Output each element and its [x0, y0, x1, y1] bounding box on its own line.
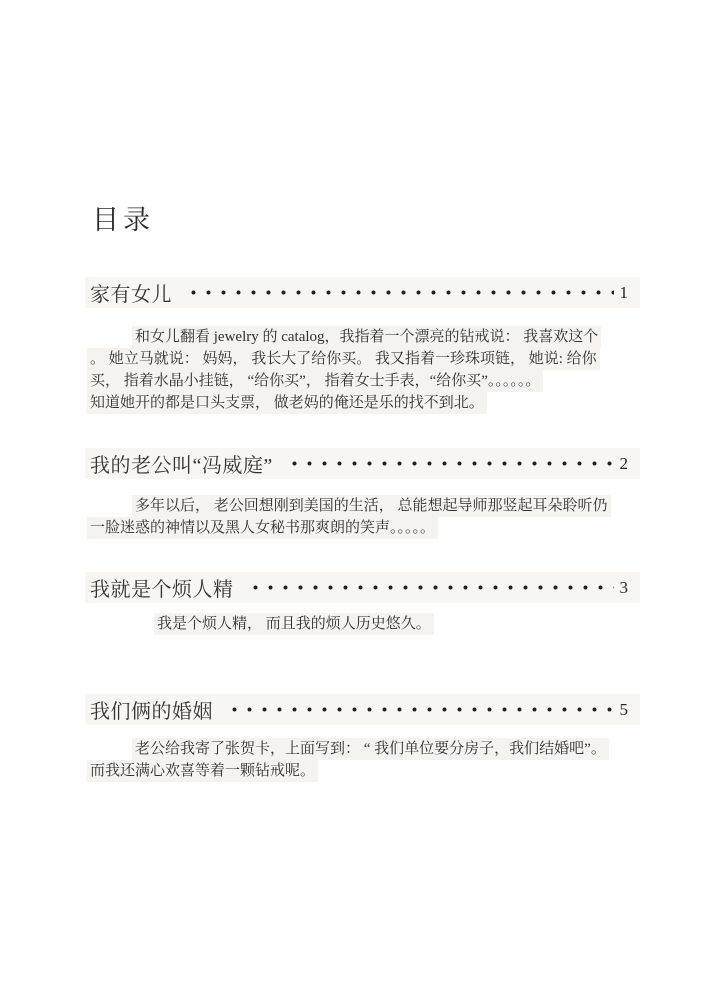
- toc-entry-label: 家有女儿: [85, 278, 172, 307]
- excerpt-line: 而我还满心欢喜等着一颗钻戒呢。: [90, 760, 635, 782]
- excerpt-line: 多年以后， 老公回想刚到美国的生活， 总能想起导师那竖起耳朵聆听仍: [90, 495, 635, 517]
- toc-entry-label: 我们俩的婚姻: [85, 695, 213, 724]
- toc-entry-row: 家有女儿 1: [85, 277, 640, 308]
- toc-page-number: 5: [620, 700, 629, 720]
- toc-entry-label: 我的老公叫“冯威庭”: [85, 449, 273, 478]
- dot-leader: [184, 277, 614, 308]
- excerpt-line: 。 她立马就说： 妈妈， 我长大了给你买。 我又指着一珍珠项链， 她说: 给你: [90, 348, 635, 370]
- toc-excerpt: 和女儿翻看 jewelry 的 catalog，我指着一个漂亮的钻戒说： 我喜欢…: [90, 326, 635, 414]
- toc-page-number: 3: [620, 578, 629, 598]
- dot-leader: [246, 572, 614, 603]
- excerpt-line: 一脸迷惑的神情以及黑人女秘书那爽朗的笑声。。。。。: [90, 517, 635, 539]
- excerpt-line: 和女儿翻看 jewelry 的 catalog，我指着一个漂亮的钻戒说： 我喜欢…: [90, 326, 635, 348]
- toc-entry-row: 我就是个烦人精 3: [85, 572, 640, 603]
- toc-title: 目录: [92, 198, 154, 237]
- excerpt-line: 老公给我寄了张贺卡，上面写到： “ 我们单位要分房子，我们结婚吧”。: [90, 738, 635, 760]
- excerpt-line: 我是个烦人精， 而且我的烦人历史悠久。: [90, 613, 635, 635]
- document-page: 目录 家有女儿 1 和女儿翻看 jewelry 的 catalog，我指着一个漂…: [0, 0, 719, 1000]
- dot-leader: [285, 448, 614, 479]
- toc-entry-row: 我的老公叫“冯威庭” 2: [85, 448, 640, 479]
- toc-entry-row: 我们俩的婚姻 5: [85, 694, 640, 725]
- dot-leader: [225, 694, 614, 725]
- toc-excerpt: 我是个烦人精， 而且我的烦人历史悠久。: [90, 613, 635, 635]
- toc-page-number: 2: [620, 454, 629, 474]
- excerpt-line: 知道她开的都是口头支票， 做老妈的俺还是乐的找不到北。: [90, 392, 635, 414]
- excerpt-line: 买， 指着水晶小挂链， “给你买”， 指着女士手表，“给你买”。。。。。。: [90, 370, 635, 392]
- toc-excerpt: 多年以后， 老公回想刚到美国的生活， 总能想起导师那竖起耳朵聆听仍 一脸迷惑的神…: [90, 495, 635, 539]
- toc-page-number: 1: [620, 283, 629, 303]
- toc-entry-label: 我就是个烦人精: [85, 573, 234, 602]
- toc-excerpt: 老公给我寄了张贺卡，上面写到： “ 我们单位要分房子，我们结婚吧”。 而我还满心…: [90, 738, 635, 782]
